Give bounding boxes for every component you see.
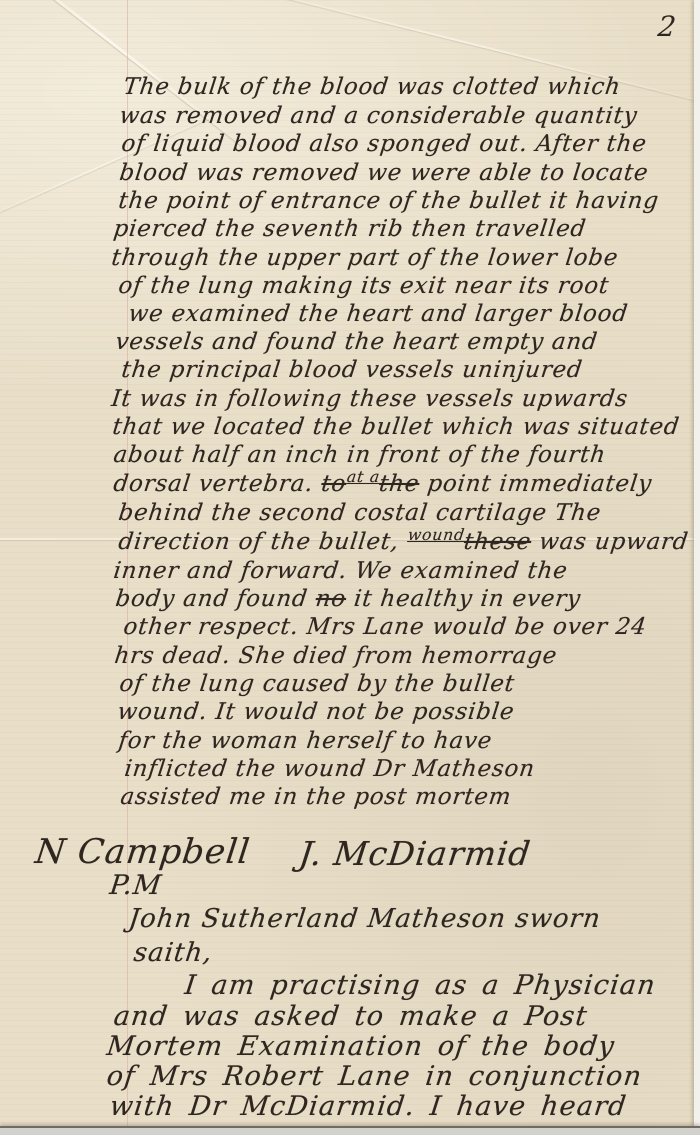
manuscript-page: 2 The bulk of the blood was clotted whic…	[0, 0, 700, 1135]
handwritten-line: wound. It would not be possible	[116, 699, 516, 725]
signature-title-pm: P.M	[108, 870, 164, 901]
handwritten-line: inflicted the wound Dr Matheson	[123, 756, 536, 782]
handwritten-line: other respect. Mrs Lane would be over 24	[122, 614, 648, 640]
handwritten-line: and was asked to make a Post	[112, 1001, 590, 1032]
handwritten-line: The bulk of the blood was clotted which	[122, 74, 622, 100]
handwritten-line: assisted me in the post mortem	[119, 784, 513, 810]
handwritten-line: hrs dead. She died from hemorrage	[113, 643, 559, 669]
handwritten-line: behind the second costal cartilage The	[117, 500, 603, 526]
handwritten-line: direction of the bullet, woundthese was …	[117, 529, 690, 555]
handwritten-line: that we located the bullet which was sit…	[111, 414, 681, 440]
handwritten-line: I am practising as a Physician	[183, 970, 658, 1001]
handwritten-line: the point of entrance of the bullet it h…	[117, 188, 661, 214]
handwritten-line: John Sutherland Matheson sworn	[127, 904, 603, 934]
handwritten-line: for the woman herself to have	[117, 728, 494, 754]
handwritten-line: It was in following these vessels upward…	[110, 386, 630, 412]
handwritten-line: body and found no it healthy in every	[114, 586, 582, 612]
handwritten-line: pierced the seventh rib then travelled	[112, 216, 588, 242]
handwritten-line: through the upper part of the lower lobe	[110, 245, 620, 271]
handwritten-line: saith,	[132, 938, 214, 968]
handwritten-line: dorsal vertebra. to at a the point immed…	[112, 471, 654, 497]
handwritten-text-layer: 2 The bulk of the blood was clotted whic…	[0, 0, 700, 1135]
handwritten-line: Mortem Examination of the body	[105, 1031, 617, 1062]
page-number: 2	[656, 10, 677, 43]
signature-j-mcdiarmid: J. McDiarmid	[297, 834, 533, 873]
handwritten-line: was removed and a considerable quantity	[118, 103, 639, 129]
handwritten-line: the principal blood vessels uninjured	[120, 357, 584, 383]
handwritten-line: about half an inch in front of the fourt…	[112, 442, 607, 468]
signature-n-campbell: N Campbell	[33, 832, 252, 872]
handwritten-line: of the lung caused by the bullet	[118, 671, 516, 697]
handwritten-line: blood was removed we were able to locate	[118, 160, 650, 186]
handwritten-line: we examined the heart and larger blood	[127, 301, 630, 327]
handwritten-line: inner and forward. We examined the	[112, 558, 569, 584]
handwritten-line: of liquid blood also sponged out. After …	[120, 131, 648, 157]
handwritten-line: with Dr McDiarmid. I have heard	[108, 1091, 629, 1122]
handwritten-line: vessels and found the heart empty and	[114, 329, 599, 355]
handwritten-line: of Mrs Robert Lane in conjunction	[105, 1061, 644, 1092]
handwritten-line: of the lung making its exit near its roo…	[117, 273, 611, 299]
